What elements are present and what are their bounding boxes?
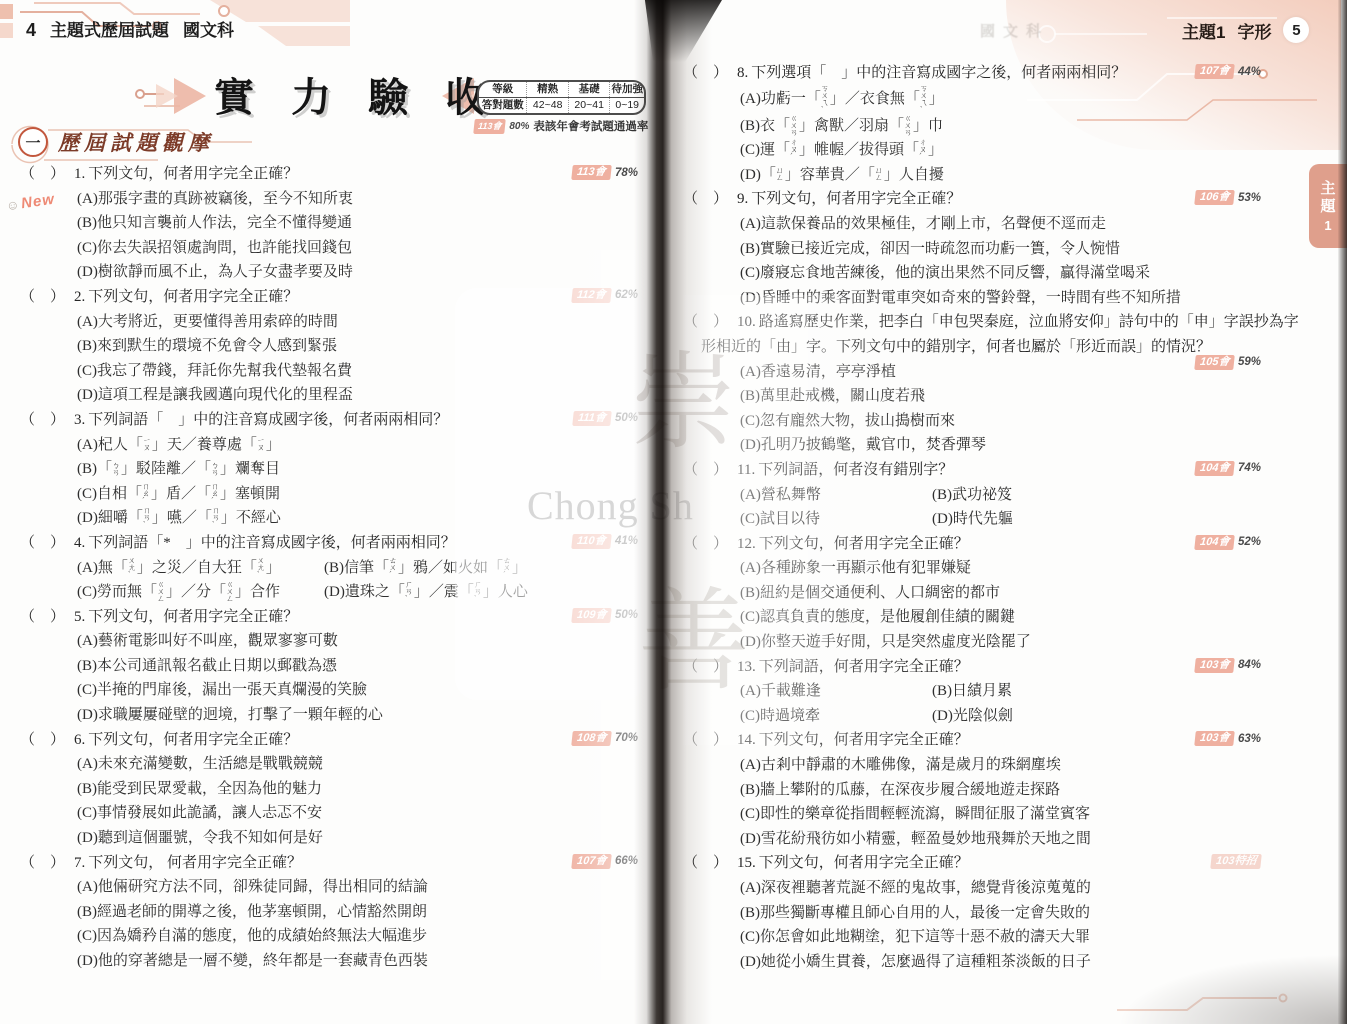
option-row: (A)大考將近，更要懂得善用索碎的時間 bbox=[20, 310, 642, 335]
question-number: 13. bbox=[737, 655, 756, 680]
badge-year-label: 104會 bbox=[1194, 535, 1235, 550]
badge-pass-rate: 74% bbox=[1238, 462, 1261, 474]
option-d: (D)聽到這個噩號，令我不知如何是好 bbox=[77, 830, 323, 846]
title-decoration-left bbox=[134, 72, 212, 124]
question-stem: 下列文句，何者用字完全正確？ bbox=[751, 191, 961, 207]
option-d: (D)細嚼「ㄇㄢˋ」嚥／「ㄇㄢˋ」不經心 bbox=[77, 510, 281, 526]
option-row: (A)無「ㄨㄤˋ」之災／自大狂「ㄨㄤˋ」(B)信筆「ㄊㄨˊ」鴉／如火如「ㄊㄨˊ」 bbox=[20, 556, 642, 581]
side-tab-number: 1 bbox=[1324, 218, 1331, 233]
answer-blank: （ ） bbox=[683, 536, 728, 552]
option-a: (A)營私舞幣 bbox=[740, 483, 932, 508]
option-row: (A)功虧一「ㄎㄨㄟˋ」／衣食無「ㄎㄨㄟˋ」 bbox=[683, 86, 1297, 114]
answer-blank: （ ） bbox=[683, 732, 728, 748]
option-row: (D)細嚼「ㄇㄢˋ」嚥／「ㄇㄢˋ」不經心 bbox=[20, 506, 642, 531]
option-d: (D)雪花紛飛彷如小精靈，輕盈曼妙地飛舞於天地之間 bbox=[740, 831, 1091, 847]
option-c: (C)試目以待 bbox=[740, 507, 932, 532]
zhuyin-annotation: ㄩㄥ bbox=[776, 167, 785, 181]
option-a: (A)功虧一「ㄎㄨㄟˋ」／衣食無「ㄎㄨㄟˋ」 bbox=[740, 91, 944, 107]
question-number: 15. bbox=[737, 851, 756, 876]
option-row: (C)事情發展如此詭譎，讓人忐忑不安 bbox=[20, 801, 642, 826]
question-stem: 下列文句，何者用字完全正確？ bbox=[88, 609, 298, 625]
left-page-header: 4 主題式歷屆試題 國文科 bbox=[26, 16, 234, 41]
score-table-value-row: 答對題數 42~48 20~41 0~19 bbox=[479, 97, 644, 113]
option-row: (A)未來充滿變數，生活總是戰戰競競 bbox=[20, 752, 642, 777]
question-number: 1. bbox=[74, 162, 85, 187]
option-row: (A)這款保養品的效果極佳，才剛上市，名聲便不逕而走 bbox=[683, 212, 1297, 237]
option-row: (C)勞而無「ㄍㄨㄥ」／分「ㄍㄨㄥ」合作(D)遺珠之「ㄏㄢˋ」／震「ㄏㄢˋ」人心 bbox=[20, 580, 642, 605]
zhuyin-annotation: ㄎㄨㄟˋ bbox=[821, 85, 830, 113]
answer-blank: （ ） bbox=[20, 289, 65, 305]
badge-year-label: 110會 bbox=[572, 534, 612, 549]
option-row: (B)實驗已接近完成，卻因一時疏忽而功虧一簣，令人惋惜 bbox=[683, 237, 1297, 262]
badge-pass-rate: 53% bbox=[1238, 192, 1261, 204]
option-b: (B)那些獨斷專權且師心自用的人，最後一定會失敗的 bbox=[740, 905, 1090, 921]
year-badge: 103特招 bbox=[1211, 854, 1261, 869]
question-stem: 下列文句，何者用字完全正確？ bbox=[759, 536, 969, 552]
badge-year-label: 103特招 bbox=[1210, 854, 1262, 869]
question-number: 9. bbox=[737, 187, 748, 212]
section-header: 一 歷屆試題觀摩 bbox=[18, 127, 214, 157]
question-14: （ ）14.下列文句，何者用字完全正確？103會63%(A)古剎中靜肅的木雕佛像… bbox=[683, 728, 1297, 851]
scanned-textbook-spread: 4 主題式歷屆試題 國文科 實 力 驗 收 等級 精熟 基礎 待加強 答對題數 … bbox=[0, 0, 1347, 1024]
answer-blank: （ ） bbox=[20, 535, 65, 551]
option-row: (D)樹欲靜而風不止，為人子女盡孝要及時 bbox=[20, 260, 642, 285]
option-c: (C)你去失誤招領處詢問，也許能找回錢包 bbox=[77, 240, 352, 256]
score-range-needs-work: 0~19 bbox=[609, 98, 644, 113]
right-page-number: 5 bbox=[1283, 17, 1309, 43]
year-badge: 110會41% bbox=[572, 534, 638, 549]
question-1: （ ）1.下列文句，何者用字完全正確？113會78%☺New(A)那張字畫的真跡… bbox=[20, 162, 642, 285]
question-head: （ ）1.下列文句，何者用字完全正確？ bbox=[20, 162, 642, 187]
score-row-label: 答對題數 bbox=[479, 98, 526, 113]
pass-rate-legend: 113會 80% 表該年會考試題通過率 bbox=[474, 118, 648, 134]
option-d: (D)求職屢屢碰壁的迥境，打擊了一顆年輕的心 bbox=[77, 707, 383, 723]
option-d: (D)這項工程是讓我國邁向現代化的里程盃 bbox=[77, 387, 353, 403]
question-head: （ ）5.下列文句，何者用字完全正確？ bbox=[20, 605, 642, 630]
option-row: (A)千載難逢(B)日績月累 bbox=[683, 679, 1297, 704]
option-b: (B)萬里赴戒機，關山度若飛 bbox=[740, 388, 925, 404]
question-stem: 下列文句，何者用字完全正確？ bbox=[759, 732, 969, 748]
option-b: (B)牆上攀附的瓜藤，在深夜步履合緩地遊走探路 bbox=[740, 782, 1060, 798]
section-title: 歷屆試題觀摩 bbox=[58, 127, 214, 157]
question-stem: 路遙寫歷史作業，把李白「申包哭秦庭，泣血將安仰」詩句中的「申」字誤抄為字 bbox=[759, 314, 1299, 330]
page-title: 實 力 驗 收 bbox=[214, 66, 498, 123]
badge-year-label: 111會 bbox=[572, 411, 611, 426]
option-a: (A)那張字畫的真跡被竊後，至今不知所衷 bbox=[77, 191, 353, 207]
zhuyin-annotation: ㄏㄢˋ bbox=[474, 581, 483, 602]
option-row: (B)經過老師的開導之後，他茅塞頓開，心情豁然開朗 bbox=[20, 900, 642, 925]
option-row: (C)廢寢忘食地苦練後，他的演出果然不同反響，贏得滿堂喝采 bbox=[683, 261, 1297, 286]
option-row: (D)聽到這個噩號，令我不知如何是好 bbox=[20, 826, 642, 851]
score-range-basic: 20~41 bbox=[568, 98, 610, 113]
option-row: (A)古剎中靜肅的木雕佛像，滿是歲月的珠網塵埃 bbox=[683, 753, 1297, 778]
badge-pass-rate: 63% bbox=[1238, 733, 1261, 745]
zhuyin-annotation: ㄇㄢˋ bbox=[143, 507, 152, 528]
option-c: (C)我忘了帶錢，拜託你先幫我代墊報名費 bbox=[77, 363, 352, 379]
option-c: (C)運「ㄔㄡˊ」帷幄／拔得頭「ㄔㄡˊ」 bbox=[740, 142, 943, 158]
option-d: (D)樹欲靜而風不止，為人子女盡孝要及時 bbox=[77, 264, 353, 280]
option-row: (C)我忘了帶錢，拜託你先幫我代墊報名費 bbox=[20, 359, 642, 384]
option-a: (A)未來充滿變數，生活總是戰戰競競 bbox=[77, 756, 323, 772]
option-a: (A)香遠易清，亭亭淨植 bbox=[740, 364, 896, 380]
badge-pass-rate: 59% bbox=[1238, 356, 1261, 368]
zhuyin-annotation: ㄨㄤˋ bbox=[128, 557, 137, 578]
option-a: (A)無「ㄨㄤˋ」之災／自大狂「ㄨㄤˋ」 bbox=[77, 556, 324, 581]
option-c: (C)認真負責的態度，是他履創佳績的關鍵 bbox=[740, 609, 1015, 625]
badge-pass-rate: 62% bbox=[615, 289, 638, 301]
option-c: (C)廢寢忘食地苦練後，他的演出果然不同反響，贏得滿堂喝采 bbox=[740, 265, 1150, 281]
option-b: (B)衣「ㄍㄨㄢ」禽獸／羽扇「ㄍㄨㄢ」巾 bbox=[740, 118, 943, 134]
option-row: (B)衣「ㄍㄨㄢ」禽獸／羽扇「ㄍㄨㄢ」巾 bbox=[683, 114, 1297, 139]
option-row: (D)昏睡中的乘客面對電車突如奇來的警鈴聲，一時間有些不知所措 bbox=[683, 286, 1297, 311]
option-c: (C)時過境牽 bbox=[740, 704, 932, 729]
answer-blank: （ ） bbox=[20, 855, 65, 871]
question-7: （ ）7.下列文句， 何者用字完全正確？107會66%(A)他倆研究方法不同，卻… bbox=[20, 851, 642, 974]
option-c: (C)忽有龐然大物，拔山搗樹而來 bbox=[740, 413, 955, 429]
question-4: （ ）4.下列詞語「* 」中的注音寫成國字後，何者兩兩相同？110會41%(A)… bbox=[20, 531, 642, 605]
question-10: （ ）10.路遙寫歷史作業，把李白「申包哭秦庭，泣血將安仰」詩句中的「申」字誤抄… bbox=[683, 310, 1297, 458]
question-head: （ ）4.下列詞語「* 」中的注音寫成國字後，何者兩兩相同？ bbox=[20, 531, 642, 556]
option-row: (A)他倆研究方法不同，卻殊徒同歸，得出相同的結論 bbox=[20, 875, 642, 900]
zhuyin-annotation: ㄊㄨˊ bbox=[389, 557, 398, 578]
option-row: (A)各種跡象一再顯示他有犯罪嫌疑 bbox=[683, 556, 1297, 581]
option-a: (A)千載難逢 bbox=[740, 679, 932, 704]
badge-year-label: 112會 bbox=[572, 288, 612, 303]
zhuyin-annotation: ㄍㄨㄢ bbox=[904, 115, 913, 136]
question-number: 4. bbox=[74, 531, 85, 556]
question-head: （ ）10.路遙寫歷史作業，把李白「申包哭秦庭，泣血將安仰」詩句中的「申」字誤抄… bbox=[683, 310, 1297, 335]
question-8: （ ）8.下列選項「 」中的注音寫成國字之後，何者兩兩相同？107會44%(A)… bbox=[683, 61, 1297, 187]
question-head: （ ）3.下列詞語「 」中的注音寫成國字後，何者兩兩相同？ bbox=[20, 408, 642, 433]
option-row: (A)那張字畫的真跡被竊後，至今不知所衷 bbox=[20, 187, 642, 212]
year-badge: 104會74% bbox=[1195, 461, 1261, 476]
year-badge: 107會66% bbox=[572, 854, 638, 869]
question-number: 6. bbox=[74, 728, 85, 753]
option-b: (B)「ㄅㄢ」駁陸離／「ㄅㄢ」斕奪目 bbox=[77, 461, 280, 477]
option-row: (D)「ㄩㄥ」容華貴／「ㄩㄥ」人自擾 bbox=[683, 163, 1297, 188]
zhuyin-annotation: ㄎㄨㄟˋ bbox=[920, 85, 929, 113]
option-row: (D)你整天遊手好閒，只是突然虛度光陰罷了 bbox=[683, 630, 1297, 655]
option-row: (C)認真負責的態度，是他履創佳績的關鍵 bbox=[683, 605, 1297, 630]
option-a: (A)古剎中靜肅的木雕佛像，滿是歲月的珠網塵埃 bbox=[740, 757, 1061, 773]
option-d: (D)她從小嬌生貫養，怎麼過得了這種粗茶淡飯的日子 bbox=[740, 954, 1091, 970]
question-5: （ ）5.下列文句，何者用字完全正確？109會50%(A)藝術電影叫好不叫座，觀… bbox=[20, 605, 642, 728]
badge-year-label: 113會 bbox=[572, 165, 612, 180]
option-c: (C)即性的樂章從指間輕輕流瀉，瞬間征服了滿堂賓客 bbox=[740, 806, 1090, 822]
question-number: 7. bbox=[74, 851, 85, 876]
badge-year-label: 107會 bbox=[1194, 64, 1235, 79]
zhuyin-annotation: ㄅㄢ bbox=[211, 462, 220, 476]
option-d: (D)孔明乃披鶴氅，戴官巾，焚香彈琴 bbox=[740, 437, 986, 453]
badge-year-label: 106會 bbox=[1194, 190, 1235, 205]
option-row: (B)本公司通訊報名截止日期以郵戳為憑 bbox=[20, 654, 642, 679]
badge-year-label: 105會 bbox=[1194, 355, 1235, 370]
right-question-list: （ ）8.下列選項「 」中的注音寫成國字之後，何者兩兩相同？107會44%(A)… bbox=[683, 61, 1297, 974]
question-head: （ ）2.下列文句，何者用字完全正確？ bbox=[20, 285, 642, 310]
option-row: (B)那些獨斷專權且師心自用的人，最後一定會失敗的 bbox=[683, 901, 1297, 926]
year-badge: 106會53% bbox=[1195, 190, 1261, 205]
badge-year-label: 108會 bbox=[571, 731, 612, 746]
side-tab-char-1: 主 bbox=[1320, 180, 1335, 198]
option-d: (D)你整天遊手好閒，只是突然虛度光陰罷了 bbox=[740, 634, 1031, 650]
option-d: (D)遺珠之「ㄏㄢˋ」／震「ㄏㄢˋ」人心 bbox=[324, 580, 642, 605]
badge-year-label: 107會 bbox=[571, 854, 612, 869]
question-2: （ ）2.下列文句，何者用字完全正確？112會62%(A)大考將近，更要懂得善用… bbox=[20, 285, 642, 408]
question-head: （ ）6.下列文句，何者用字完全正確？ bbox=[20, 728, 642, 753]
option-b: (B)紐約是個交通便利、人口綢密的都市 bbox=[740, 585, 1000, 601]
section-number-circle: 一 bbox=[18, 127, 48, 157]
question-15: （ ）15.下列文句，何者用字完全正確？103特招(A)深夜裡聽著荒誕不經的鬼故… bbox=[683, 851, 1297, 974]
answer-blank: （ ） bbox=[20, 412, 65, 428]
question-stem: 下列文句，何者用字完全正確？ bbox=[88, 289, 298, 305]
circuit-decoration-bottom-right bbox=[1117, 992, 1297, 1018]
option-c: (C)你怎會如此地糊塗，犯下這等十惡不赦的濤天大罪 bbox=[740, 929, 1090, 945]
year-badge: 111會50% bbox=[573, 411, 638, 426]
option-a: (A)大考將近，更要懂得善用索碎的時間 bbox=[77, 314, 338, 330]
answer-blank: （ ） bbox=[683, 65, 728, 81]
book-spine-shadow-top bbox=[640, 0, 722, 62]
answer-blank: （ ） bbox=[683, 314, 728, 330]
option-d: (D)時代先軀 bbox=[932, 507, 1297, 532]
score-header-proficient: 精熟 bbox=[526, 82, 568, 97]
badge-year-label: 109會 bbox=[571, 608, 612, 623]
question-head: （ ）15.下列文句，何者用字完全正確？ bbox=[683, 851, 1297, 876]
option-row: (C)時過境牽(D)光陰似劍 bbox=[683, 704, 1297, 729]
lightbulb-icon: ☺ bbox=[5, 193, 22, 219]
badge-pass-rate: 70% bbox=[615, 732, 638, 744]
option-row: (B)紐約是個交通便利、人口綢密的都市 bbox=[683, 581, 1297, 606]
question-number: 10. bbox=[737, 310, 756, 335]
question-number: 8. bbox=[737, 61, 748, 86]
book-title: 主題式歷屆試題 bbox=[50, 16, 169, 41]
zhuyin-annotation: ㄇㄠˊ bbox=[211, 483, 220, 504]
zhuyin-annotation: ㄍㄨㄥ bbox=[157, 581, 166, 602]
option-row: (B)他只知言襲前人作法，完全不懂得變通 bbox=[20, 211, 642, 236]
zhuyin-annotation: ㄇㄠˊ bbox=[142, 483, 151, 504]
option-a: (A)他倆研究方法不同，卻殊徒同歸，得出相同的結論 bbox=[77, 879, 428, 895]
option-b: (B)他只知言襲前人作法，完全不懂得變通 bbox=[77, 215, 352, 231]
option-row: (D)雪花紛飛彷如小精靈，輕盈曼妙地飛舞於天地之間 bbox=[683, 827, 1297, 852]
option-a: (A)各種跡象一再顯示他有犯罪嫌疑 bbox=[740, 560, 971, 576]
zhuyin-annotation: ㄔㄡˊ bbox=[790, 139, 799, 160]
option-b: (B)經過老師的開導之後，他茅塞頓開，心情豁然開朗 bbox=[77, 904, 427, 920]
option-row: (D)求職屢屢碰壁的迥境，打擊了一顆年輕的心 bbox=[20, 703, 642, 728]
answer-blank: （ ） bbox=[683, 855, 728, 871]
score-range-proficient: 42~48 bbox=[526, 98, 568, 113]
year-badge: 103會84% bbox=[1195, 658, 1261, 673]
option-row: (C)自相「ㄇㄠˊ」盾／「ㄇㄠˊ」塞頓開 bbox=[20, 482, 642, 507]
question-9: （ ）9.下列文句，何者用字完全正確？106會53%(A)這款保養品的效果極佳，… bbox=[683, 187, 1297, 310]
option-d: (D)「ㄩㄥ」容華貴／「ㄩㄥ」人自擾 bbox=[740, 167, 944, 183]
question-12: （ ）12.下列文句，何者用字完全正確？104會52%(A)各種跡象一再顯示他有… bbox=[683, 532, 1297, 655]
option-row: (C)忽有龐然大物，拔山搗樹而來 bbox=[683, 409, 1297, 434]
left-page-number: 4 bbox=[26, 20, 36, 41]
question-number: 11. bbox=[737, 458, 755, 483]
question-stem: 下列選項「 」中的注音寫成國字之後，何者兩兩相同？ bbox=[751, 65, 1126, 81]
question-stem: 下列文句，何者用字完全正確？ bbox=[88, 166, 298, 182]
year-badge: 107會44% bbox=[1195, 64, 1261, 79]
option-b: (B)能受到民眾愛載，全因為他的魅力 bbox=[77, 781, 322, 797]
badge-pass-rate: 66% bbox=[615, 855, 638, 867]
option-b: (B)實驗已接近完成，卻因一時疏忽而功虧一簣，令人惋惜 bbox=[740, 241, 1120, 257]
option-c: (C)勞而無「ㄍㄨㄥ」／分「ㄍㄨㄥ」合作 bbox=[77, 580, 324, 605]
question-stem: 下列詞語，何者沒有錯別字？ bbox=[758, 462, 953, 478]
badge-pass-rate: 50% bbox=[615, 609, 638, 621]
score-header-needs-work: 待加強 bbox=[609, 82, 644, 97]
question-number: 2. bbox=[74, 285, 85, 310]
question-number: 3. bbox=[74, 408, 85, 433]
option-row: (A)營私舞幣(B)武功祕笈 bbox=[683, 483, 1297, 508]
option-b: (B)來到默生的環境不免會令人感到緊張 bbox=[77, 338, 337, 354]
option-a: (A)杞人「ㄧㄡ」天／養尊處「ㄧㄡ」 bbox=[77, 437, 281, 453]
option-d: (D)昏睡中的乘客面對電車突如奇來的警鈴聲，一時間有些不知所措 bbox=[740, 290, 1181, 306]
zhuyin-annotation: ㄍㄨㄢ bbox=[790, 115, 799, 136]
legend-pct: 80% bbox=[509, 121, 529, 132]
zhuyin-annotation: ㄏㄢˋ bbox=[405, 581, 414, 602]
answer-blank: （ ） bbox=[683, 462, 728, 478]
question-3: （ ）3.下列詞語「 」中的注音寫成國字後，何者兩兩相同？111會50%(A)杞… bbox=[20, 408, 642, 531]
option-row: (D)這項工程是讓我國邁向現代化的里程盃 bbox=[20, 383, 642, 408]
year-badge: 103會63% bbox=[1195, 731, 1261, 746]
option-row: (D)她從小嬌生貫養，怎麼過得了這種粗茶淡飯的日子 bbox=[683, 950, 1297, 975]
question-stem: 下列文句，何者用字完全正確？ bbox=[759, 855, 969, 871]
answer-blank: （ ） bbox=[683, 191, 728, 207]
zhuyin-annotation: ㄨㄤˋ bbox=[257, 557, 266, 578]
year-badge: 105會59% bbox=[1195, 355, 1261, 370]
option-c: (C)因為嬌矜自滿的態度，他的成績始終無法大幅進步 bbox=[77, 928, 427, 944]
option-row: (B)「ㄅㄢ」駁陸離／「ㄅㄢ」斕奪目 bbox=[20, 457, 642, 482]
zhuyin-annotation: ㄔㄡˊ bbox=[919, 139, 928, 160]
option-row: (C)運「ㄔㄡˊ」帷幄／拔得頭「ㄔㄡˊ」 bbox=[683, 138, 1297, 163]
score-header-level: 等級 bbox=[479, 82, 526, 97]
score-table-header-row: 等級 精熟 基礎 待加強 bbox=[479, 82, 644, 97]
option-a: (A)藝術電影叫好不叫座，觀眾寥寥可數 bbox=[77, 633, 338, 649]
question-stem: 下列文句，何者用字完全正確？ bbox=[88, 732, 298, 748]
question-6: （ ）6.下列文句，何者用字完全正確？108會70%(A)未來充滿變數，生活總是… bbox=[20, 728, 642, 851]
option-d: (D)光陰似劍 bbox=[932, 704, 1297, 729]
badge-pass-rate: 44% bbox=[1238, 66, 1261, 78]
question-number: 5. bbox=[74, 605, 85, 630]
option-row: (C)因為嬌矜自滿的態度，他的成績始終無法大幅進步 bbox=[20, 924, 642, 949]
badge-pass-rate: 52% bbox=[1238, 536, 1261, 548]
question-stem: 下列詞語，何者用字完全正確？ bbox=[759, 659, 969, 675]
badge-year-label: 103會 bbox=[1194, 731, 1235, 746]
score-level-table: 等級 精熟 基礎 待加強 答對題數 42~48 20~41 0~19 bbox=[477, 80, 646, 115]
year-badge: 104會52% bbox=[1195, 535, 1261, 550]
option-c: (C)事情發展如此詭譎，讓人忐忑不安 bbox=[77, 805, 322, 821]
side-tab-char-2: 題 bbox=[1320, 198, 1335, 216]
option-row: (B)萬里赴戒機，關山度若飛 bbox=[683, 384, 1297, 409]
question-number: 14. bbox=[737, 728, 756, 753]
badge-year-label: 104會 bbox=[1194, 461, 1235, 476]
year-badge: 108會70% bbox=[572, 731, 638, 746]
answer-blank: （ ） bbox=[20, 732, 65, 748]
option-c: (C)自相「ㄇㄠˊ」盾／「ㄇㄠˊ」塞頓開 bbox=[77, 486, 280, 502]
question-stem: 下列詞語「 」中的注音寫成國字後，何者兩兩相同？ bbox=[88, 412, 448, 428]
question-13: （ ）13.下列詞語，何者用字完全正確？103會84%(A)千載難逢(B)日績月… bbox=[683, 655, 1297, 729]
question-stem: 下列詞語「* 」中的注音寫成國字後，何者兩兩相同？ bbox=[88, 535, 456, 551]
option-row: (B)來到默生的環境不免會令人感到緊張 bbox=[20, 334, 642, 359]
legend-description: 表該年會考試題通過率 bbox=[533, 118, 648, 134]
zhuyin-annotation: ㄊㄨˊ bbox=[503, 557, 512, 578]
zhuyin-annotation: ㄅㄢ bbox=[112, 462, 121, 476]
option-row: (C)半掩的門扉後，漏出一張天真爛漫的笑臉 bbox=[20, 678, 642, 703]
option-b: (B)本公司通訊報名截止日期以郵戳為憑 bbox=[77, 658, 337, 674]
zhuyin-annotation: ㄩㄥ bbox=[875, 167, 884, 181]
question-head: （ ）7.下列文句， 何者用字完全正確？ bbox=[20, 851, 642, 876]
badge-pass-rate: 41% bbox=[615, 535, 638, 547]
option-row: (C)你怎會如此地糊塗，犯下這等十惡不赦的濤天大罪 bbox=[683, 925, 1297, 950]
option-row: (A)杞人「ㄧㄡ」天／養尊處「ㄧㄡ」 bbox=[20, 433, 642, 458]
option-row: (C)即性的樂章從指間輕輕流瀉，瞬間征服了滿堂賓客 bbox=[683, 802, 1297, 827]
legend-year-badge: 113會 bbox=[473, 119, 506, 134]
left-question-list: （ ）1.下列文句，何者用字完全正確？113會78%☺New(A)那張字畫的真跡… bbox=[20, 162, 642, 974]
score-header-basic: 基礎 bbox=[568, 82, 610, 97]
answer-blank: （ ） bbox=[20, 609, 65, 625]
option-a: (A)這款保養品的效果極佳，才剛上市，名聲便不逕而走 bbox=[740, 216, 1106, 232]
option-b: (B)日績月累 bbox=[932, 679, 1297, 704]
zhuyin-annotation: ㄍㄨㄥ bbox=[226, 581, 235, 602]
option-row: (B)能受到民眾愛載，全因為他的魅力 bbox=[20, 777, 642, 802]
option-row: (C)試目以待(D)時代先軀 bbox=[683, 507, 1297, 532]
right-page-header: 主題1 字形 5 bbox=[1182, 17, 1309, 43]
option-row: (B)牆上攀附的瓜藤，在深夜步履合緩地遊走探路 bbox=[683, 778, 1297, 803]
badge-year-label: 103會 bbox=[1194, 658, 1235, 673]
page-edge-shadow-right bbox=[1338, 0, 1347, 1024]
badge-pass-rate: 84% bbox=[1238, 659, 1261, 671]
subject-label: 國文科 bbox=[183, 16, 234, 41]
zhuyin-annotation: ㄇㄢˋ bbox=[212, 507, 221, 528]
answer-blank: （ ） bbox=[20, 166, 65, 182]
topic-label: 主題1 bbox=[1182, 18, 1225, 43]
option-c: (C)半掩的門扉後，漏出一張天真爛漫的笑臉 bbox=[77, 682, 367, 698]
year-badge: 112會62% bbox=[572, 288, 638, 303]
topic-side-tab: 主 題 1 bbox=[1309, 164, 1347, 248]
option-b: (B)武功祕笈 bbox=[932, 483, 1297, 508]
option-row: (A)藝術電影叫好不叫座，觀眾寥寥可數 bbox=[20, 629, 642, 654]
year-badge: 109會50% bbox=[572, 608, 638, 623]
question-11: （ ）11.下列詞語，何者沒有錯別字？104會74%(A)營私舞幣(B)武功祕笈… bbox=[683, 458, 1297, 532]
answer-blank: （ ） bbox=[683, 659, 728, 675]
option-row: (C)你去失誤招領處詢問，也許能找回錢包 bbox=[20, 236, 642, 261]
question-stem: 下列文句， 何者用字完全正確？ bbox=[88, 855, 302, 871]
option-d: (D)他的穿著總是一層不變，終年都是一套藏青色西裝 bbox=[77, 953, 428, 969]
option-row: (D)他的穿著總是一層不變，終年都是一套藏青色西裝 bbox=[20, 949, 642, 974]
badge-pass-rate: 78% bbox=[615, 167, 638, 179]
bleed-through-header: 國文科 bbox=[980, 20, 1049, 41]
option-a: (A)深夜裡聽著荒誕不經的鬼故事，總覺背後涼蒐蒐的 bbox=[740, 880, 1091, 896]
option-row: (D)孔明乃披鶴氅，戴官巾，焚香彈琴 bbox=[683, 433, 1297, 458]
unit-label: 字形 bbox=[1237, 18, 1271, 43]
option-b: (B)信筆「ㄊㄨˊ」鴉／如火如「ㄊㄨˊ」 bbox=[324, 556, 642, 581]
new-label: New bbox=[20, 188, 57, 217]
question-number: 12. bbox=[737, 532, 756, 557]
zhuyin-annotation: ㄧㄡ bbox=[143, 437, 152, 451]
year-badge: 113會78% bbox=[572, 165, 638, 180]
badge-pass-rate: 50% bbox=[615, 412, 638, 424]
zhuyin-annotation: ㄧㄡ bbox=[257, 437, 266, 451]
option-row: (A)深夜裡聽著荒誕不經的鬼故事，總覺背後涼蒐蒐的 bbox=[683, 876, 1297, 901]
